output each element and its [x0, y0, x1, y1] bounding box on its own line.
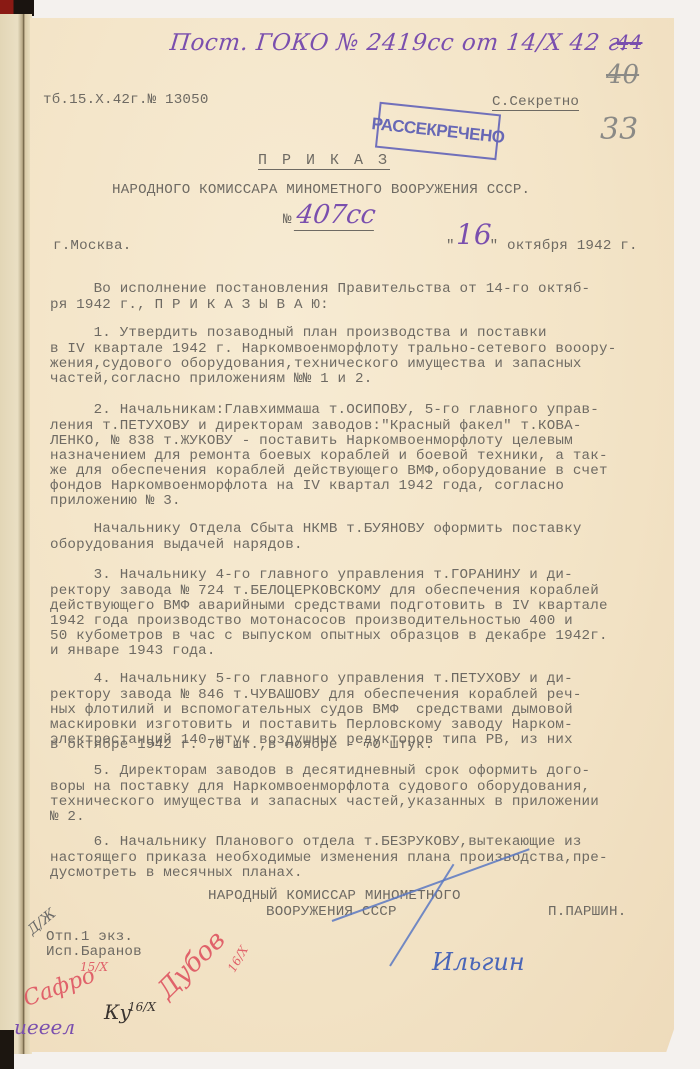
item-2-line-3: ЛЕНКО, № 838 т.ЖУКОВУ - поставить Нарком…: [50, 433, 573, 449]
item-6-line-3: дусмотреть в месячных планах.: [50, 865, 303, 881]
item-1-line-1: 1. Утвердить позаводный план производств…: [50, 325, 547, 341]
signatory-name: П.ПАРШИН.: [548, 904, 626, 920]
purple-signature: иееел: [14, 1015, 75, 1039]
item-2-line-6: фондов Наркомвоенморфлота на IV квартал …: [50, 478, 564, 494]
signatory-title-line-2: ВООРУЖЕНИЯ СССР: [266, 904, 397, 920]
item-2-line-1: 2. Начальникам:Главхиммаша т.ОСИПОВУ, 5-…: [50, 402, 599, 418]
item-1-line-4: частей,согласно приложениям №№ 1 и 2.: [50, 371, 372, 387]
item-3-line-4: 1942 года производство мотонасосов произ…: [50, 613, 573, 629]
item-6-line-1: 6. Начальнику Планового отдела т.БЕЗРУКО…: [50, 834, 582, 850]
item-3-line-3: действующего ВМФ аварийными средствами п…: [50, 598, 608, 614]
item-2-line-5: же для обеспечения кораблей действующего…: [50, 463, 608, 479]
sales-line-2: оборудования выдачей нарядов.: [50, 537, 303, 553]
item-5-line-1: 5. Директорам заводов в десятидневный ср…: [50, 763, 590, 779]
item-4-line-1: 4. Начальнику 5-го главного управления т…: [50, 671, 573, 687]
item-2-line-2: ления т.ПЕТУХОВУ и директорам заводов:"К…: [50, 418, 582, 434]
item-4-line-3: ных флотилий и вспомогательных судов ВМФ…: [50, 702, 573, 718]
preamble-line-1: Во исполнение постановления Правительств…: [50, 281, 590, 297]
item-1-line-3: жения,судового оборудования,технического…: [50, 356, 582, 372]
signatory-title-line-1: НАРОДНЫЙ КОМИССАР МИНОМЕТНОГО: [208, 888, 461, 904]
registry-line: тб.15.X.42г.№ 13050: [43, 92, 209, 108]
red-date-1: 15/X: [80, 960, 108, 974]
item-5-line-4: № 2.: [50, 809, 85, 825]
item-5-line-2: воры на поставку для Наркомвоенморфлота …: [50, 779, 590, 795]
item-6-line-2: настоящего приказа необходимые изменения…: [50, 850, 608, 866]
document-subtitle: НАРОДНОГО КОМИССАРА МИНОМЕТНОГО ВООРУЖЕН…: [112, 182, 530, 198]
item-3-line-6: и январе 1943 года.: [50, 643, 216, 659]
item-3-line-5: 50 кубометров в час с выпуском опытных о…: [50, 628, 608, 644]
item-1-line-2: в IV квартале 1942 г. Наркомвоенморфлоту…: [50, 341, 616, 357]
executor-note: Исп.Баранов: [46, 944, 142, 960]
item-4-line-6: в октябре 1942 г. 70 шт.,в ноябре - 70 ш…: [50, 737, 433, 753]
item-4-line-2: ректору завода № 846 т.ЧУВАШОВУ для обес…: [50, 687, 582, 703]
item-3-line-2: ректору завода № 724 т.БЕЛОЦЕРКОВСКОМУ д…: [50, 583, 599, 599]
item-2-line-7: приложению № 3.: [50, 493, 181, 509]
sheet-number-crossed-2: 40: [606, 60, 639, 90]
item-3-line-1: 3. Начальнику 4-го главного управления т…: [50, 567, 573, 583]
order-number-prefix: №: [283, 212, 292, 228]
sales-line-1: Начальнику Отдела Сбыта НКМВ т.БУЯНОВУ о…: [50, 521, 582, 537]
place: г.Москва.: [53, 238, 131, 254]
classification-mark: С.Секретно: [492, 94, 579, 111]
sheet-number-current: 33: [600, 112, 638, 147]
binder-spine: [0, 14, 32, 1054]
binder-bottom-edge: [0, 1030, 14, 1069]
date-day: 16: [456, 218, 492, 251]
preamble-line-2: ря 1942 г., П Р И К А З Ы В А Ю:: [50, 297, 329, 313]
item-4-line-4: маскировки изготовить и поставить Перлов…: [50, 717, 573, 733]
handwritten-signature: Ильгин: [432, 948, 525, 976]
order-number: 407сс: [294, 200, 378, 231]
item-5-line-3: технического имущества и запасных частей…: [50, 794, 599, 810]
document-title: П Р И К А З: [258, 153, 390, 170]
item-2-line-4: назначением для ремонта боевых кораблей …: [50, 448, 608, 464]
black-date: 16/X: [128, 1000, 156, 1014]
copies-note: Отп.1 экз.: [46, 929, 133, 945]
handwritten-header: Пост. ГОКО № 2419сс от 14/X 42 г.: [169, 30, 629, 56]
sheet-number-crossed-1: 44: [617, 30, 642, 54]
